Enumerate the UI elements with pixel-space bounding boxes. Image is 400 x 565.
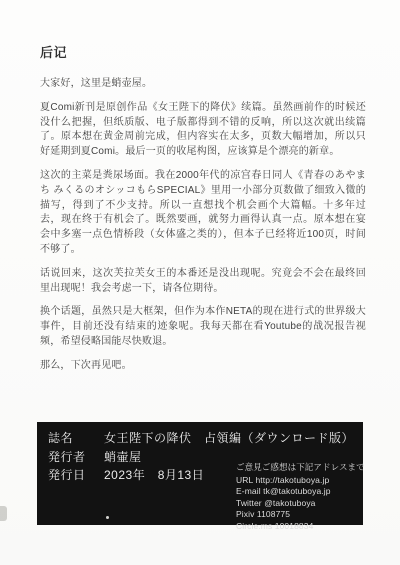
contact-line-url: URL http://takotuboya.jp xyxy=(236,475,361,487)
contact-line-twitter: Twitter @takotuboya xyxy=(236,498,361,510)
colophon-box: 誌名 女王陛下の降伏 占領編（ダウンロード版） 発行者 蛸壷屋 発行日 2023… xyxy=(37,422,363,525)
contact-block: ご意見ご感想は下記アドレスまで URL http://takotuboya.jp… xyxy=(236,462,361,533)
afterword-paragraph-content: 这次的主菜是粪尿场面。我在2000年代的凉宫春日同人《青春のあやまち みくるのオ… xyxy=(40,169,366,258)
colophon-label-publisher: 発行者 xyxy=(48,448,94,467)
scan-artifact-smudge xyxy=(0,506,7,521)
colophon-label-title: 誌名 xyxy=(48,429,94,448)
colophon-label-date: 発行日 xyxy=(48,466,94,485)
afterword-content: 后记 大家好，这里是蛸壶屋。 夏Comi新刊是原创作品《女王陛下的降伏》续篇。虽… xyxy=(40,42,366,383)
afterword-paragraph-farewell: 那么，下次再见吧。 xyxy=(40,359,366,374)
afterword-paragraph-greeting: 大家好，这里是蛸壶屋。 xyxy=(40,77,366,92)
colophon-value-title: 女王陛下の降伏 占領編（ダウンロード版） xyxy=(104,429,354,448)
colophon-value-publisher: 蛸壷屋 xyxy=(104,448,142,467)
contact-line-pixiv: Pixiv 1108775 xyxy=(236,509,361,521)
colophon-value-date: 2023年 8月13日 xyxy=(104,466,204,485)
page-title: 后记 xyxy=(40,42,366,61)
contact-note: ご意見ご感想は下記アドレスまで xyxy=(236,462,361,474)
scan-artifact-dot xyxy=(106,516,109,519)
colophon-row-title: 誌名 女王陛下の降伏 占領編（ダウンロード版） xyxy=(48,429,353,448)
contact-line-email: E-mail tk@takotuboya.jp xyxy=(236,486,361,498)
afterword-paragraph-tease: 话说回来，这次芙拉芙女王的本番还是没出现呢。究竟会不会在最终回里出现呢！我会考虑… xyxy=(40,267,366,297)
afterword-page: 后记 大家好，这里是蛸壶屋。 夏Comi新刊是原创作品《女王陛下的降伏》续篇。虽… xyxy=(0,0,400,565)
afterword-paragraph-topic: 换个话题，虽然只是大框架，但作为本作NETA的现在进行式的世界级大事件，目前还没… xyxy=(40,305,366,349)
contact-line-circlems: Circle.ms 10018834 xyxy=(236,521,361,533)
afterword-paragraph-release: 夏Comi新刊是原创作品《女王陛下的降伏》续篇。虽然画前作的时候还没什么把握，但… xyxy=(40,101,366,160)
